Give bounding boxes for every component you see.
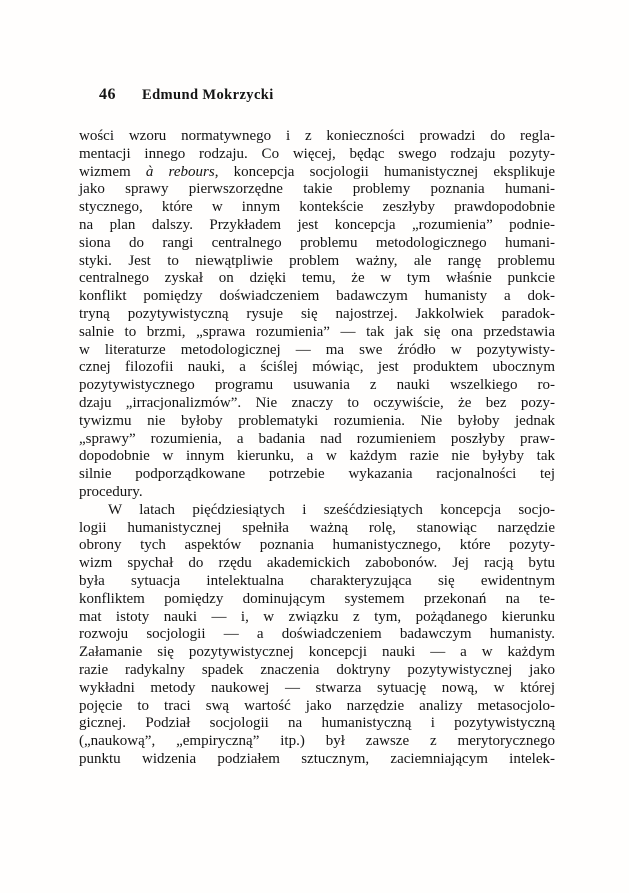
- text-line: wykładni metody naukowej — stwarza sytua…: [79, 680, 555, 698]
- text-line: wizm spychał do rzędu akademickich zabob…: [79, 555, 555, 573]
- running-header-author: Edmund Mokrzycki: [142, 87, 274, 104]
- text-line: Załamanie się pozytywistycznej koncepcji…: [79, 644, 555, 662]
- text-line: tywizmu nie byłoby problematyki rozumien…: [79, 413, 555, 431]
- text-line: obrony tych aspektów poznania humanistyc…: [79, 537, 555, 555]
- text-line: wizmem à rebours, koncepcja socjologii h…: [79, 164, 555, 182]
- text-line: siona do rangi centralnego problemu meto…: [79, 235, 555, 253]
- text-line: na plan dalszy. Przykładem jest koncepcj…: [79, 217, 555, 235]
- text-line: dzaju „irracjonalizmów”. Nie znaczy to o…: [79, 395, 555, 413]
- text-line: stycznego, które w innym kontekście zesz…: [79, 199, 555, 217]
- text-line: pozytywistycznego programu usuwania z na…: [79, 377, 555, 395]
- text-line: tryną pozytywistyczną rysuje się najostr…: [79, 306, 555, 324]
- page-header: 46 Edmund Mokrzycki: [99, 86, 274, 104]
- text-line: razie radykalny spadek znaczenia doktryn…: [79, 662, 555, 680]
- text-line: procedury.: [79, 484, 555, 502]
- text-line: W latach pięćdziesiątych i sześćdziesiąt…: [79, 502, 555, 520]
- text-line: styki. Jest to niewątpliwie problem ważn…: [79, 253, 555, 271]
- text-line: mentacji innego rodzaju. Co więcej, będą…: [79, 146, 555, 164]
- text-line: wości wzoru normatywnego i z koniecznośc…: [79, 128, 555, 146]
- text-line: silnie podporządkowane potrzebie wykazan…: [79, 466, 555, 484]
- text-line: gicznej. Podział socjologii na humanisty…: [79, 715, 555, 733]
- body-text: wości wzoru normatywnego i z koniecznośc…: [79, 128, 555, 769]
- text-line: logii humanistycznej spełniła ważną rolę…: [79, 520, 555, 538]
- text-line: pojęcie to traci swą wartość jako narzęd…: [79, 698, 555, 716]
- text-line: „sprawy” rozumienia, a badania nad rozum…: [79, 431, 555, 449]
- book-page: 46 Edmund Mokrzycki wości wzoru normatyw…: [0, 0, 629, 893]
- text-line: centralnego zyskał on dzięki temu, że w …: [79, 270, 555, 288]
- text-line: mat istoty nauki — i, w związku z tym, p…: [79, 609, 555, 627]
- text-line: rozwoju socjologii — a doświadczeniem ba…: [79, 626, 555, 644]
- text-line: dopodobnie w innym kierunku, a w każdym …: [79, 448, 555, 466]
- text-line: w literaturze metodologicznej — ma swe ź…: [79, 342, 555, 360]
- text-line: cznej filozofii nauki, a ściślej mówiąc,…: [79, 359, 555, 377]
- text-line: punktu widzenia podziałem sztucznym, zac…: [79, 751, 555, 769]
- text-line: jako sprawy pierwszorzędne takie problem…: [79, 181, 555, 199]
- text-line: salnie to brzmi, „sprawa rozumienia” — t…: [79, 324, 555, 342]
- text-line: była sytuacja intelektualna charakteryzu…: [79, 573, 555, 591]
- text-line: konfliktem pomiędzy dominującym systemem…: [79, 591, 555, 609]
- text-line: konflikt pomiędzy doświadczeniem badawcz…: [79, 288, 555, 306]
- text-line: („naukową”, „empiryczną” itp.) był zawsz…: [79, 733, 555, 751]
- page-number: 46: [99, 86, 116, 104]
